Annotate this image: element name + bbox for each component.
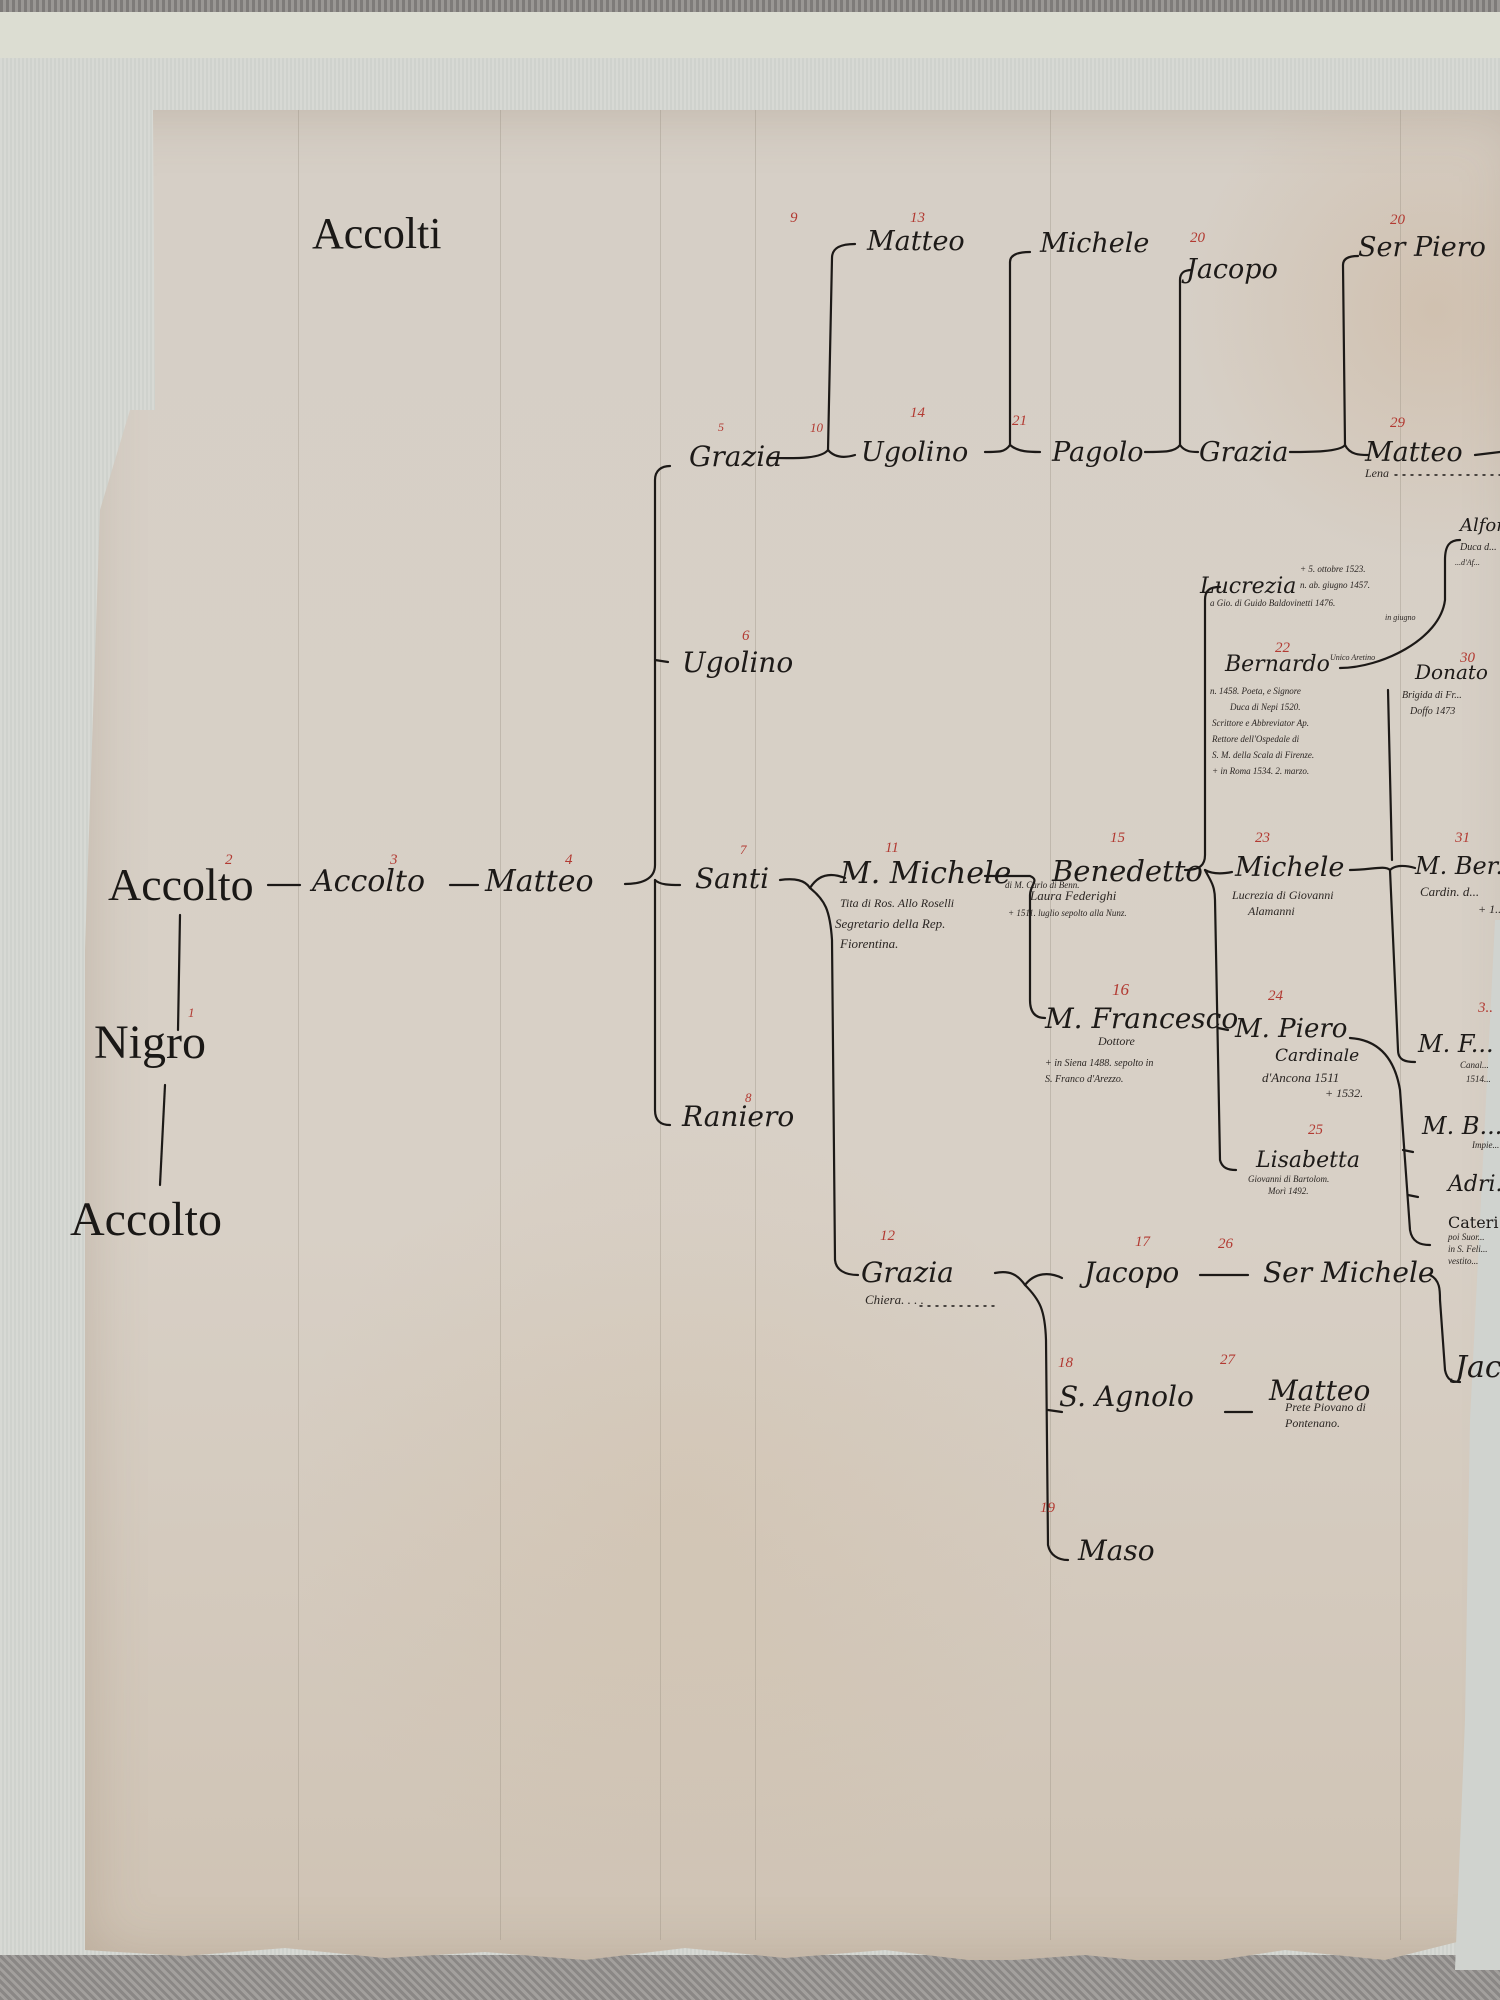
partial-entry-m-f: M. F...	[1418, 1030, 1494, 1058]
person-lisabetta-25: Lisabetta	[1256, 1148, 1360, 1173]
person-number: 21	[1012, 413, 1027, 430]
partial-entry-alfonso: Alfon...	[1460, 515, 1500, 536]
person-accolto-bottom: Accolto	[70, 1192, 222, 1247]
person-number: 13	[910, 210, 925, 227]
partial-entry-m-b: M. B...	[1422, 1112, 1500, 1140]
person-note: Duca d...	[1460, 540, 1497, 555]
person-number: 19	[1040, 1500, 1055, 1517]
person-matteo-9: Matteo	[867, 226, 965, 257]
person-number: 22	[1275, 640, 1290, 657]
person-number: 3..	[1478, 1000, 1493, 1017]
person-number: 29	[1390, 415, 1405, 432]
person-note: a Gio. di Guido Baldovinetti 1476.	[1210, 596, 1335, 611]
person-note: Canal...	[1460, 1058, 1489, 1073]
person-michele-23: Michele	[1235, 852, 1344, 883]
person-number: 25	[1308, 1122, 1323, 1139]
person-note: + 1...	[1478, 902, 1500, 917]
person-number: 5	[718, 420, 724, 435]
person-number: 18	[1058, 1355, 1073, 1372]
person-note: Rettore dell'Ospedale di	[1212, 732, 1299, 747]
person-note: + 5. ottobre 1523.	[1300, 562, 1366, 577]
person-epithet: Unico Aretino	[1330, 650, 1375, 665]
person-note: Chiera. . . .	[865, 1292, 924, 1307]
partial-entry-jac: Jac...	[1455, 1350, 1500, 1385]
person-note: Cardinale	[1275, 1046, 1359, 1066]
person-raniero-8: Raniero	[682, 1100, 794, 1133]
partial-entry-adri: Adri...	[1448, 1172, 1500, 1197]
person-number: 6	[742, 628, 750, 645]
person-ser-michele-26: Ser Michele	[1263, 1256, 1434, 1289]
person-jacopo-20: Jacopo	[1186, 254, 1278, 285]
person-note: S. M. della Scala di Firenze.	[1212, 748, 1314, 763]
person-note: + 1511. luglio sepolto alla Nunz.	[1008, 906, 1127, 921]
person-grazia-21: Grazia	[1199, 437, 1289, 468]
person-note: Scrittore e Abbreviator Ap.	[1212, 716, 1309, 731]
partial-entry-cateri: Cateri...	[1448, 1213, 1500, 1232]
person-note: Prete Piovano di	[1285, 1400, 1366, 1415]
person-maso-19: Maso	[1078, 1534, 1155, 1567]
person-number: 30	[1460, 650, 1475, 667]
person-note: vestito...	[1448, 1256, 1478, 1266]
person-number: 3	[390, 852, 398, 869]
person-number: 20	[1390, 212, 1405, 229]
person-ugolino-6: Ugolino	[682, 646, 793, 679]
person-number: 20	[1190, 230, 1205, 247]
person-note: d'Ancona 1511	[1262, 1070, 1339, 1085]
person-note: Duca di Nepi 1520.	[1230, 700, 1301, 715]
person-santi-7: Santi	[695, 862, 769, 895]
person-number: 23	[1255, 830, 1270, 847]
person-title: Dottore	[1098, 1034, 1135, 1049]
person-matteo-29: Matteo	[1365, 437, 1463, 468]
person-accolto-3: Accolto	[312, 864, 425, 899]
person-note: Pontenano.	[1285, 1416, 1340, 1431]
person-michele-13: Michele	[1040, 228, 1149, 259]
person-note: in giugno	[1385, 610, 1415, 625]
person-piero-24: M. Piero	[1235, 1014, 1347, 1044]
person-number: 4	[565, 852, 573, 869]
person-number: 11	[885, 840, 899, 857]
person-note: Tita di Ros. Allo Roselli	[840, 896, 954, 911]
person-note: n. ab. giugno 1457.	[1300, 578, 1370, 593]
person-jacopo-17: Jacopo	[1084, 1256, 1179, 1289]
person-grazia-12: Grazia	[861, 1256, 954, 1289]
person-note: Alamanni	[1248, 904, 1295, 919]
person-nigro-1: Nigro	[94, 1015, 206, 1070]
person-note: Laura Federighi	[1030, 888, 1116, 903]
person-number: 14	[910, 405, 925, 422]
person-s-agnolo-18: S. Agnolo	[1059, 1380, 1194, 1413]
person-note: Fiorentina.	[840, 936, 898, 951]
person-pagolo-14: Pagolo	[1052, 437, 1143, 468]
person-note: + in Roma 1534. 2. marzo.	[1212, 764, 1309, 779]
person-number: 2	[225, 852, 233, 869]
person-note: Cardin. d...	[1420, 884, 1479, 899]
person-note: Lena	[1365, 466, 1389, 481]
person-ugolino-10: Ugolino	[861, 437, 968, 468]
person-number: 15	[1110, 830, 1125, 847]
person-note: + 1532.	[1325, 1086, 1363, 1101]
person-note: + in Siena 1488. sepolto in	[1045, 1056, 1153, 1071]
person-number: 10	[810, 420, 823, 436]
person-note: Segretario della Rep.	[835, 916, 945, 931]
person-note: Impie...	[1472, 1138, 1499, 1153]
person-number: 16	[1112, 980, 1129, 1000]
person-note: poi Suor...	[1448, 1232, 1485, 1242]
person-number: 7	[740, 842, 747, 858]
person-number: 9	[790, 210, 798, 227]
partial-entry-donato: Donato	[1415, 660, 1488, 684]
person-francesco-16: M. Francesco	[1045, 1002, 1238, 1035]
person-note: n. 1458. Poeta, e Signore	[1210, 684, 1301, 699]
person-note: Morì 1492.	[1268, 1184, 1309, 1199]
person-note: Doffo 1473	[1410, 704, 1455, 719]
person-matteo-4: Matteo	[485, 864, 594, 899]
person-note: S. Franco d'Arezzo.	[1045, 1072, 1123, 1087]
partial-entry-m-ber: M. Ber...	[1415, 852, 1500, 880]
family-title: Accolti	[312, 208, 442, 259]
person-number: 17	[1135, 1234, 1150, 1251]
person-grazia-5: Grazia	[689, 440, 782, 473]
person-note: in S. Feli...	[1448, 1244, 1488, 1254]
person-number: 12	[880, 1228, 895, 1245]
person-number: 26	[1218, 1236, 1233, 1253]
person-number: 31	[1455, 830, 1470, 847]
person-number: 1	[188, 1005, 195, 1021]
person-note: 1514...	[1466, 1072, 1491, 1087]
person-michele-11: M. Michele	[840, 856, 1011, 891]
person-number: 8	[745, 1090, 752, 1106]
person-note: Brigida di Fr...	[1402, 688, 1462, 703]
person-ser-piero: Ser Piero	[1358, 232, 1486, 263]
person-note: ...d'Af...	[1455, 555, 1480, 570]
person-number: 24	[1268, 988, 1283, 1005]
person-number: 27	[1220, 1352, 1235, 1369]
person-note: Lucrezia di Giovanni	[1232, 888, 1334, 903]
